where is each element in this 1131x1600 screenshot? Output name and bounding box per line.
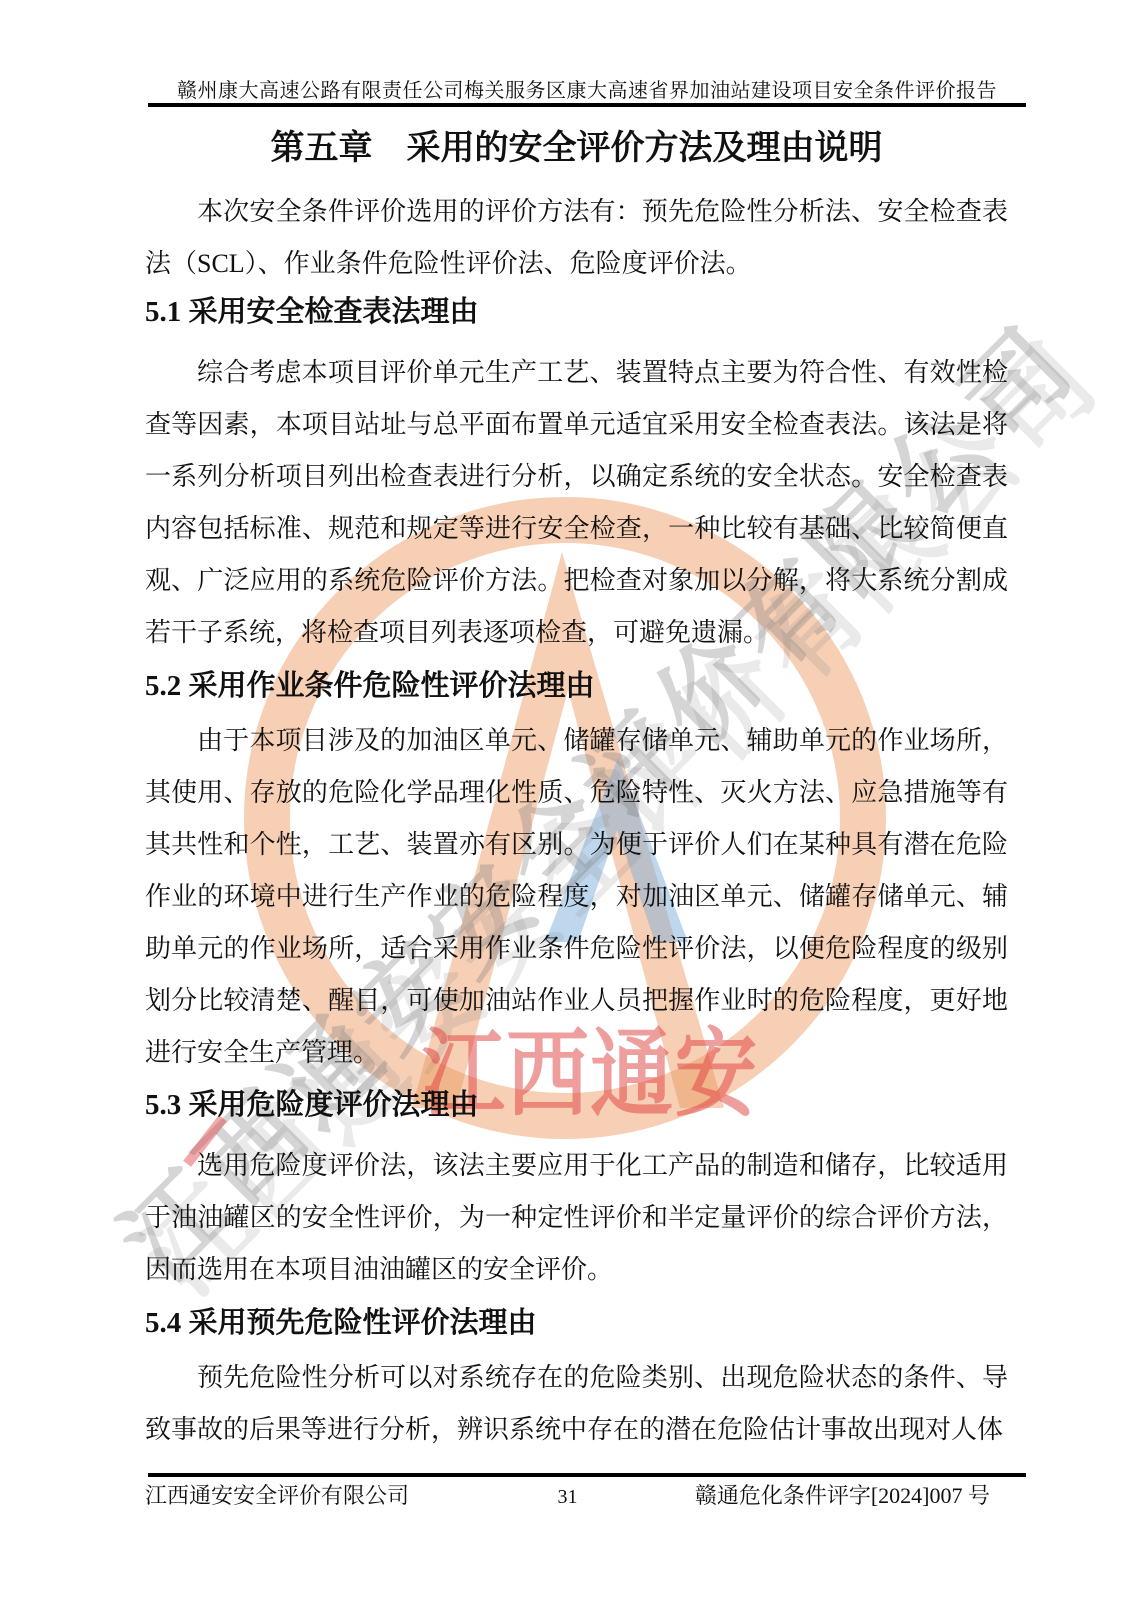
section-5-3-body: 选用危险度评价法，该法主要应用于化工产品的制造和储存，比较适用于油油罐区的安全性…: [145, 1140, 1008, 1296]
document-content: 赣州康大高速公路有限责任公司梅关服务区康大高速省界加油站建设项目安全条件评价报告…: [0, 0, 1131, 1600]
footer-doc-number: 赣通危化条件评字[2024]007 号: [578, 1483, 991, 1509]
section-5-1-body: 综合考虑本项目评价单元生产工艺、装置特点主要为符合性、有效性检查等因素，本项目站…: [145, 347, 1008, 659]
page-footer: 江西通安安全评价有限公司 31 赣通危化条件评字[2024]007 号: [145, 1483, 990, 1510]
section-5-2-body: 由于本项目涉及的加油区单元、储罐存储单元、辅助单元的作业场所，其使用、存放的危险…: [145, 715, 1008, 1079]
footer-company: 江西通安安全评价有限公司: [145, 1483, 558, 1509]
header-rule: [148, 103, 1026, 107]
footer-rule: [148, 1473, 1026, 1477]
chapter-title: 第五章 采用的安全评价方法及理由说明: [145, 128, 1008, 170]
section-5-3-heading: 5.3 采用危险度评价法理由: [145, 1087, 1008, 1123]
report-page: 江西通安安全评价有限公司 江西通安安全评价有限公司 江西通安 赣州康大高速公路有…: [0, 0, 1131, 1600]
section-5-2-heading: 5.2 采用作业条件危险性评价法理由: [145, 668, 1008, 704]
section-5-4-body: 预先危险性分析可以对系统存在的危险类别、出现危险状态的条件、导致事故的后果等进行…: [145, 1352, 1008, 1456]
section-5-1-heading: 5.1 采用安全检查表法理由: [145, 294, 1008, 330]
footer-page-number: 31: [558, 1483, 578, 1510]
section-5-4-heading: 5.4 采用预先危险性评价法理由: [145, 1305, 1008, 1341]
intro-paragraph: 本次安全条件评价选用的评价方法有：预先危险性分析法、安全检查表法（SCL）、作业…: [145, 186, 1008, 290]
page-header: 赣州康大高速公路有限责任公司梅关服务区康大高速省界加油站建设项目安全条件评价报告: [148, 74, 1026, 103]
